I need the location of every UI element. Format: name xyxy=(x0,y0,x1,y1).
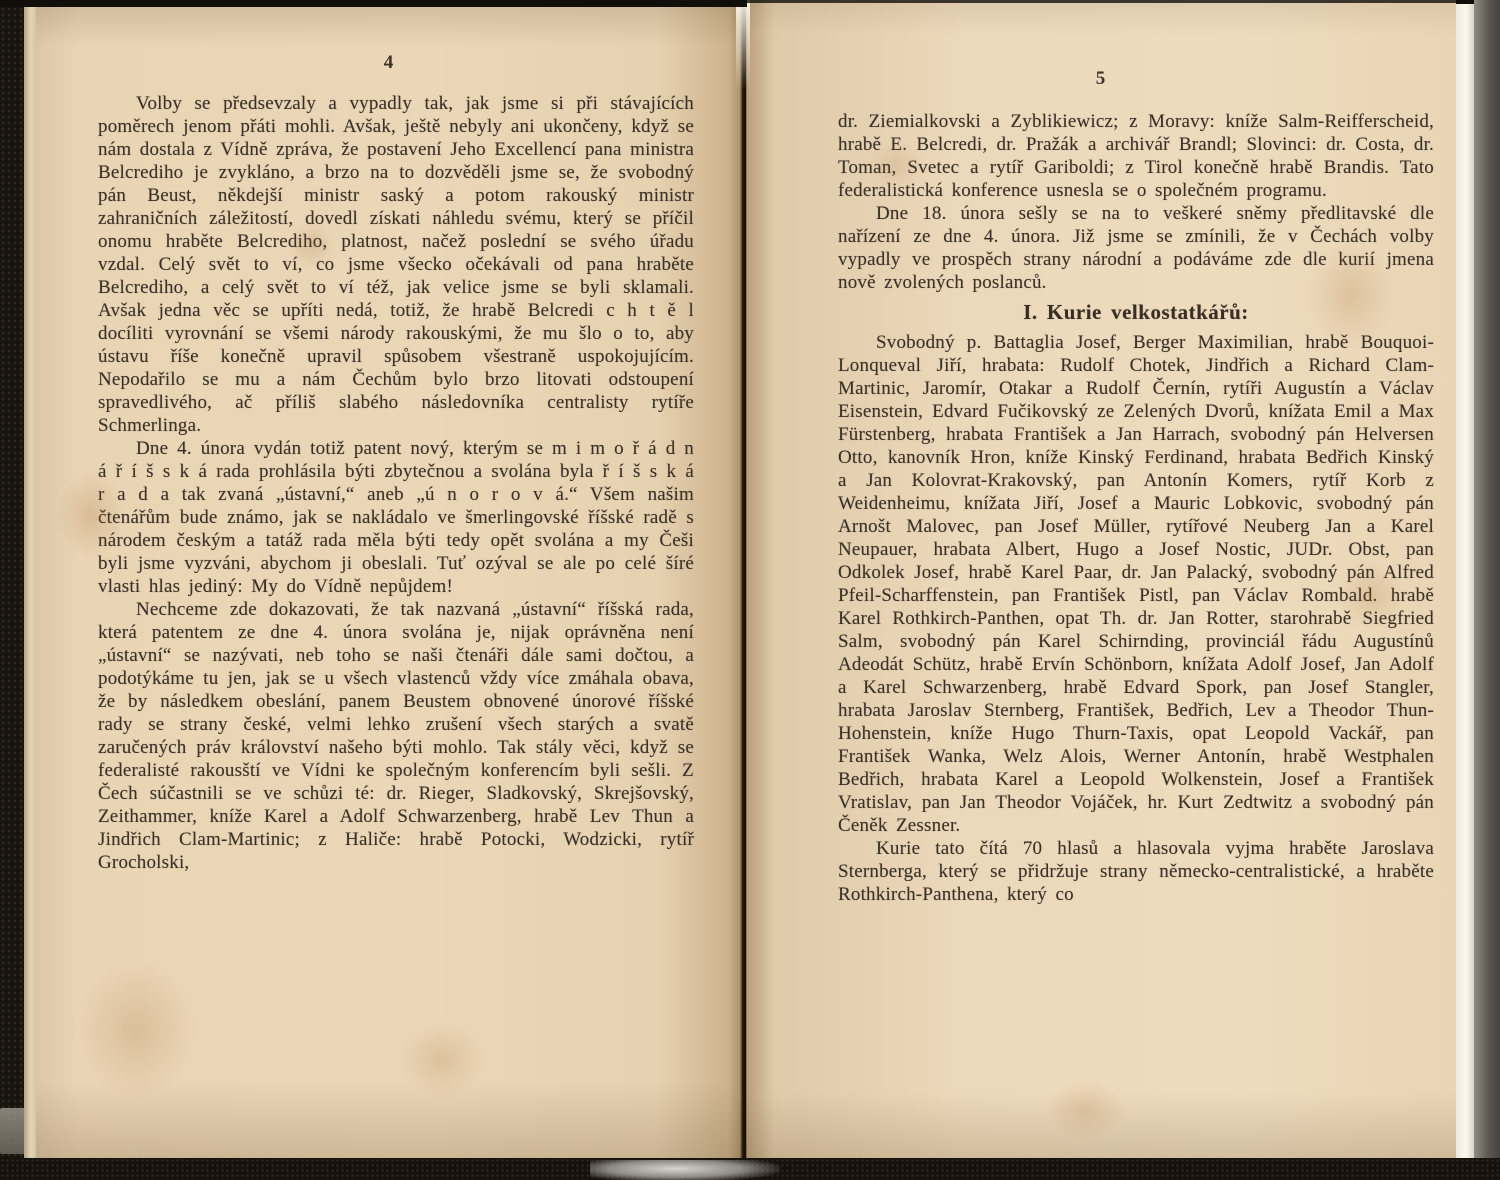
paragraph: Svobodný p. Battaglia Josef, Berger Maxi… xyxy=(838,331,1434,837)
left-page-text: Volby se předsevzaly a vypadly tak, jak … xyxy=(98,92,694,874)
gutter-highlight xyxy=(736,0,750,90)
stain xyxy=(396,1020,486,1100)
paragraph: Dne 4. února vydán totiž patent nový, kt… xyxy=(98,437,694,598)
paragraph: dr. Ziemialkovski a Zyblikiewicz; z Mora… xyxy=(838,110,1434,202)
stain xyxy=(76,960,196,1100)
section-heading: I. Kurie velkostatkářů: xyxy=(838,301,1434,324)
right-page-number: 5 xyxy=(746,68,1456,90)
paragraph: Volby se předsevzaly a vypadly tak, jak … xyxy=(98,92,694,437)
book-spine xyxy=(0,0,26,1180)
book-gutter xyxy=(740,0,747,1162)
cover-top-edge xyxy=(0,0,747,7)
right-page: 5 dr. Ziemialkovski a Zyblikiewicz; z Mo… xyxy=(746,0,1456,1162)
page-block-edge xyxy=(1456,4,1474,1162)
paragraph: Nechceme zde dokazovati, že tak nazvaná … xyxy=(98,598,694,874)
left-page-number: 4 xyxy=(36,52,742,74)
paragraph: Dne 18. února sešly se na to veškeré sně… xyxy=(838,202,1434,294)
scan-background xyxy=(1474,0,1500,1180)
left-page: 4 Volby se předsevzaly a vypadly tak, ja… xyxy=(36,0,742,1162)
book-scan: 4 Volby se předsevzaly a vypadly tak, ja… xyxy=(0,0,1500,1180)
paragraph: Kurie tato čítá 70 hlasů a hlasovala vyj… xyxy=(838,837,1434,906)
cover-top-edge-right xyxy=(747,0,1500,3)
scan-artifact xyxy=(590,1160,780,1180)
stain xyxy=(1046,1080,1126,1140)
right-page-text: dr. Ziemialkovski a Zyblikiewicz; z Mora… xyxy=(838,110,1434,906)
